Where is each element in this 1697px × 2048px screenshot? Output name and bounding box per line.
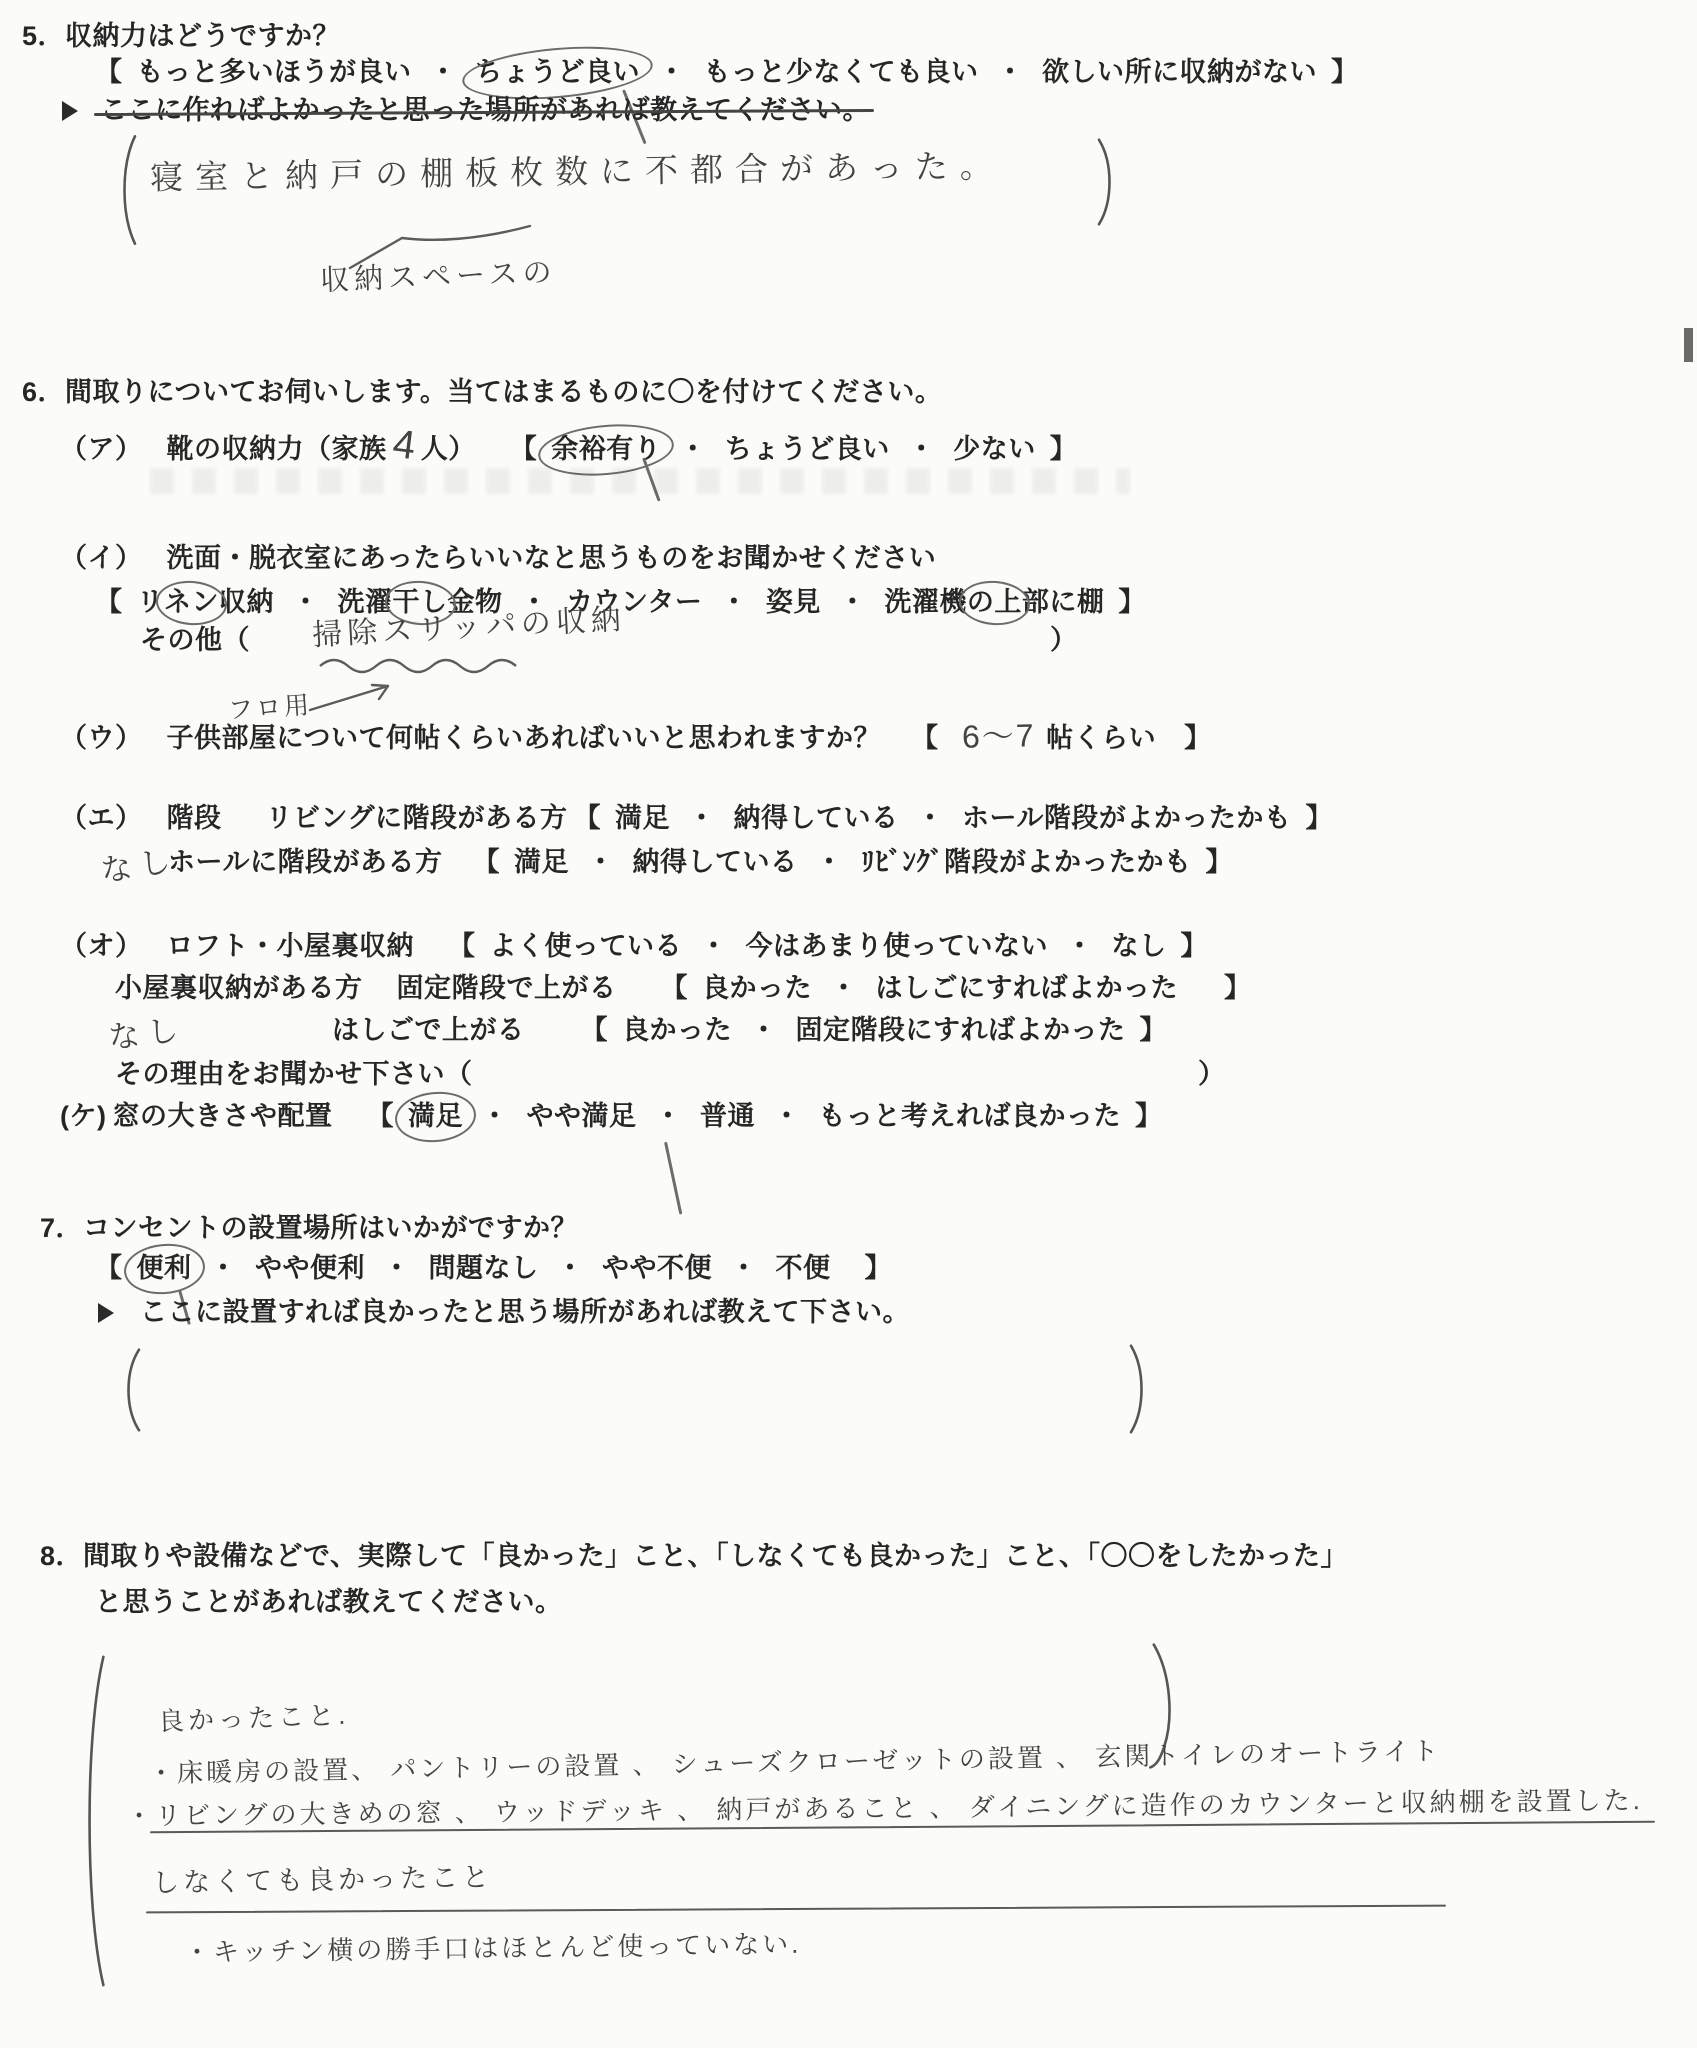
pen-arrow-mark <box>306 676 402 716</box>
bracket-open: 【 <box>95 1252 123 1286</box>
option-separator: ・ <box>750 1014 778 1048</box>
option-separator: ・ <box>730 1252 758 1286</box>
item-label: （ア） <box>60 433 143 467</box>
question-text: リビングに階段がある方 <box>266 802 568 836</box>
bracket-close: 】 <box>1181 930 1209 964</box>
option-separator: ・ <box>430 56 458 90</box>
bracket-close: 】 <box>1224 972 1252 1006</box>
option-part: 収納 <box>219 587 274 617</box>
q7-prompt-row: ここに設置すれば良かったと思う場所があれば教えて下さい。 <box>98 1296 910 1330</box>
option-separator: ・ <box>210 1252 238 1286</box>
option: 納得している <box>733 802 898 836</box>
q8-handwritten-good-header: 良かったこと. <box>157 1695 349 1739</box>
pen-stroke <box>664 1142 682 1215</box>
option-separator: ・ <box>773 1100 801 1134</box>
bracket-open: 【 <box>911 722 939 756</box>
q5-title: 5．収納力はどうですか？ <box>22 20 340 54</box>
bracket-open: 【 <box>95 56 123 90</box>
q6i-other-label: その他（ <box>140 624 250 658</box>
option: ﾘﾋﾞﾝｸﾞ階段がよかったかも <box>861 846 1192 880</box>
q5-prompt-struck-text: ここに作ればよかったと思った場所があれば教えてください。 <box>100 94 870 128</box>
q7-title: 7．コンセントの設置場所はいかがですか？ <box>40 1212 578 1246</box>
arrow-right-icon <box>62 101 78 121</box>
bracket-open: 【 <box>661 972 689 1006</box>
q6i-other-close: ） <box>1050 624 1078 658</box>
pen-underline-mark <box>338 218 538 274</box>
option: 普通 <box>700 1100 755 1134</box>
hand-bracket-left <box>114 134 140 246</box>
option-separator: ・ <box>679 433 707 467</box>
bracket-open: 【 <box>510 433 538 467</box>
option-separator: ・ <box>815 846 843 880</box>
q5-prompt-row: ここに作ればよかったと思った場所があれば教えてください。 <box>62 94 870 128</box>
option-separator: ・ <box>383 1252 411 1286</box>
question-text: 小屋裏収納がある方 <box>115 972 363 1006</box>
q6u-row: （ウ） 子供部屋について何帖くらいあればいいと思われますか？ 【 6〜7 帖くら… <box>60 716 1212 756</box>
option: はしごにすればよかった <box>876 972 1179 1006</box>
option: ホール階段がよかったかも <box>962 802 1291 836</box>
option: 姿見 <box>766 586 821 620</box>
bracket-close: 】 <box>1118 586 1146 620</box>
option: もっと少なくても良い <box>704 56 979 90</box>
q6e-row2: ホールに階段がある方 【 満足 ・ 納得している ・ ﾘﾋﾞﾝｸﾞ階段がよかった… <box>168 846 1233 880</box>
item-label: (ケ) <box>60 1100 106 1134</box>
hand-bracket-right <box>1094 138 1120 226</box>
bracket-open: 【 <box>95 586 123 620</box>
q7-prompt-text: ここに設置すれば良かったと思う場所があれば教えて下さい。 <box>140 1296 910 1330</box>
bracket-close: 】 <box>1050 433 1078 467</box>
option-separator: ・ <box>839 586 867 620</box>
option-part: 部に棚 <box>1022 587 1105 617</box>
item-label: （オ） <box>60 930 143 964</box>
question-text: 固定階段で上がる <box>397 972 617 1006</box>
q7-options-row: 【 便利 ・ やや便利 ・ 問題なし ・ やや不便 ・ 不便 】 <box>95 1252 892 1286</box>
bracket-close: 】 <box>1140 1014 1168 1048</box>
option-separator: ・ <box>908 433 936 467</box>
q6o-reason-label: その理由をお聞かせ下さい（ <box>115 1058 473 1092</box>
option-separator: ・ <box>688 802 716 836</box>
option-part: 洗濯機 <box>884 587 967 617</box>
option: なし <box>1112 930 1167 964</box>
q6a-row: （ア） 靴の収納力（家族 4 人） 【 余裕有り ・ ちょうど良い ・ 少ない … <box>60 420 1077 470</box>
bracket-open: 【 <box>581 1014 609 1048</box>
option: 少ない <box>953 433 1036 467</box>
option-separator: ・ <box>654 1100 682 1134</box>
bracket-open: 【 <box>366 1100 394 1134</box>
bracket-close: 】 <box>1331 56 1359 90</box>
question-text: 窓の大きさや配置 <box>112 1100 332 1134</box>
scan-edge-artifact <box>1684 328 1693 362</box>
option-separator: ・ <box>587 846 615 880</box>
question-text: ホールに階段がある方 <box>168 846 442 880</box>
scan-bleedthrough-artifact <box>150 468 1130 494</box>
option: 洗濯機の上部に棚 <box>884 586 1104 620</box>
q6o-row1: （オ） ロフト・小屋裏収納 【 よく使っている ・ 今はあまり使っていない ・ … <box>60 930 1208 964</box>
bracket-close: 】 <box>865 1252 893 1286</box>
circled-option-part: ネン <box>164 586 219 620</box>
option-separator: ・ <box>916 802 944 836</box>
option: リネン収納 <box>137 586 275 620</box>
circled-option: 満足 <box>408 1100 463 1134</box>
bracket-close: 】 <box>1205 846 1233 880</box>
option-separator: ・ <box>1066 930 1094 964</box>
q8-handwritten-bad-line1: ・キッチン横の勝手口はほとんど使っていない. <box>184 1924 802 1970</box>
q6i-row: （イ） 洗面・脱衣室にあったらいいなと思うものをお聞かせください <box>60 542 936 576</box>
question-text: 洗面・脱衣室にあったらいいなと思うものをお聞かせください <box>167 542 937 576</box>
q8-handwritten-good-line2: ・リビングの大きめの窓 、 ウッドデッキ 、 納戸があること 、 ダイニングに造… <box>126 1780 1643 1833</box>
option: もっと考えれば良かった <box>818 1100 1121 1134</box>
pen-squiggle-underline <box>318 652 540 674</box>
item-label: （ウ） <box>60 722 143 756</box>
option: 問題なし <box>429 1252 539 1286</box>
q6o-handwritten-nashi: なし <box>106 1003 189 1057</box>
bracket-close: 】 <box>1135 1100 1163 1134</box>
hand-bracket-right <box>1126 1344 1152 1434</box>
option: 欲しい所に収納がない <box>1042 56 1317 90</box>
q6o-row3: はしごで上がる 【 良かった ・ 固定階段にすればよかった 】 <box>332 1014 1167 1048</box>
option: 良かった <box>702 972 812 1006</box>
q5-options-row: 【 もっと多いほうが良い ・ ちょうど良い ・ もっと少なくても良い ・ 欲しい… <box>95 56 1359 90</box>
option: やや不便 <box>602 1252 712 1286</box>
item-label: （エ） <box>60 802 143 836</box>
handwritten-tatami-count: 6〜7 <box>962 715 1036 757</box>
option-separator: ・ <box>481 1100 509 1134</box>
handwritten-family-count: 4 <box>390 419 418 471</box>
item-label: （イ） <box>60 542 143 576</box>
option: よく使っている <box>490 930 683 964</box>
q6o-row2: 小屋裏収納がある方 固定階段で上がる 【 良かった ・ はしごにすればよかった … <box>115 972 1252 1006</box>
q8-title-line1: 8．間取りや設備などで、実際して「良かった」こと、「しなくても良かった」こと、「… <box>40 1540 1348 1574</box>
question-text: 子供部屋について何帖くらいあればいいと思われますか？ <box>167 722 881 756</box>
q6o-reason-close: ） <box>1198 1058 1226 1092</box>
scanned-questionnaire-page: 5．収納力はどうですか？ 【 もっと多いほうが良い ・ ちょうど良い ・ もっと… <box>0 0 1697 2048</box>
option-separator: ・ <box>830 972 858 1006</box>
question-text: ロフト・小屋裏収納 <box>167 930 415 964</box>
circled-option-part: の上 <box>967 586 1022 620</box>
pen-rule-line <box>146 1905 1446 1914</box>
question-text: 階段 <box>167 802 222 836</box>
question-text: 人） <box>421 433 476 467</box>
option: ちょうど良い <box>725 433 890 467</box>
q6e-row1: （エ） 階段 リビングに階段がある方 【 満足 ・ 納得している ・ ホール階段… <box>60 802 1333 836</box>
bracket-open: 【 <box>472 846 500 880</box>
option: 今はあまり使っていない <box>746 930 1049 964</box>
option: もっと多いほうが良い <box>137 56 412 90</box>
hand-bracket-left <box>118 1348 144 1432</box>
option: 不便 <box>776 1252 831 1286</box>
option: 納得している <box>632 846 797 880</box>
q5-handwritten-answer: 寝室と納戸の棚板枚数に不都合があった。 <box>150 140 1005 199</box>
option-separator: ・ <box>720 586 748 620</box>
hand-bracket-left <box>78 1650 108 1992</box>
q8-title-line2: と思うことがあれば教えてください。 <box>95 1586 563 1620</box>
option-separator: ・ <box>700 930 728 964</box>
option: 満足 <box>514 846 569 880</box>
circled-option: ちょうど良い <box>475 56 640 90</box>
option-separator: ・ <box>658 56 686 90</box>
q8-handwritten-good-line1: ・床暖房の設置、 パントリーの設置 、 シューズクローゼットの設置 、 玄関トイ… <box>148 1731 1442 1791</box>
q8-handwritten-bad-header: しなくても良かったこと <box>152 1855 494 1900</box>
bracket-close: 】 <box>1184 722 1212 756</box>
option: 満足 <box>615 802 670 836</box>
unit-text: 帖くらい <box>1046 722 1156 756</box>
option: やや便利 <box>255 1252 365 1286</box>
option: やや満足 <box>526 1100 636 1134</box>
q6ke-row: (ケ) 窓の大きさや配置 【 満足 ・ やや満足 ・ 普通 ・ もっと考えれば良… <box>60 1100 1162 1134</box>
bracket-open: 【 <box>448 930 476 964</box>
option-separator: ・ <box>997 56 1025 90</box>
question-text: 靴の収納力（家族 <box>167 433 387 467</box>
option: 固定階段にすればよかった <box>796 1014 1126 1048</box>
q6-title: 6．間取りについてお伺いします。当てはまるものに〇を付けてください。 <box>22 376 942 410</box>
question-text: はしごで上がる <box>332 1014 525 1048</box>
option-separator: ・ <box>557 1252 585 1286</box>
circled-option: 便利 <box>137 1252 192 1286</box>
option: 良かった <box>622 1014 732 1048</box>
bracket-open: 【 <box>573 802 601 836</box>
bracket-close: 】 <box>1305 802 1333 836</box>
arrow-right-icon <box>98 1303 114 1323</box>
